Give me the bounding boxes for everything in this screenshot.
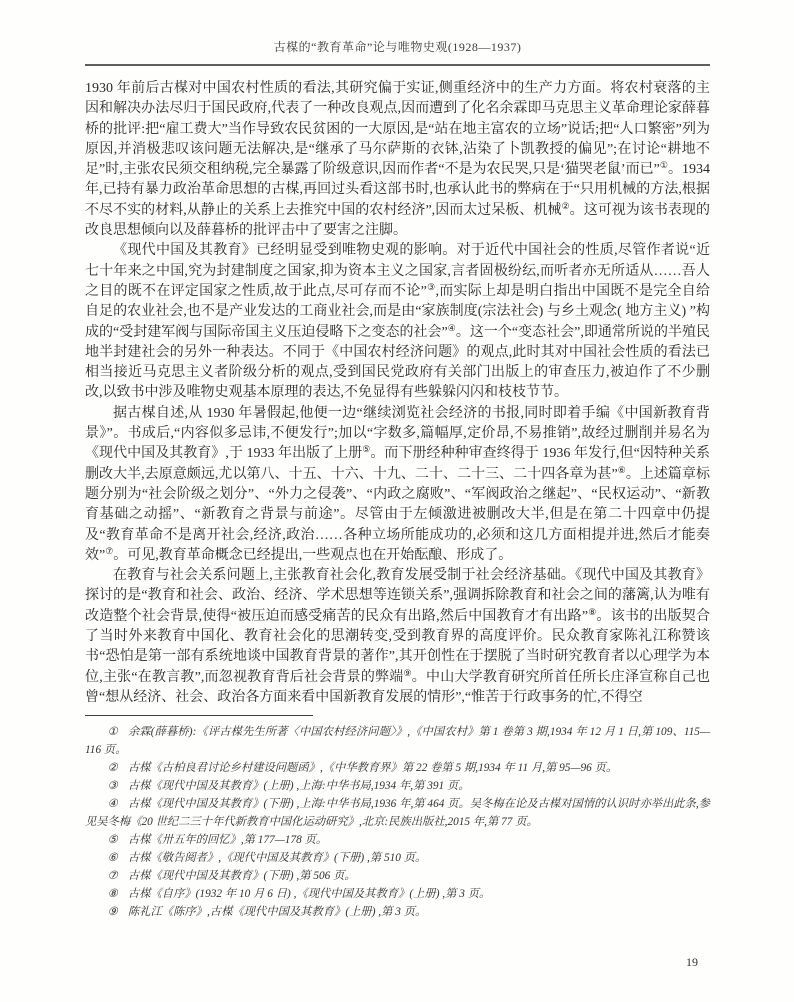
footnotes: ①余霖(薛暮桥):《评古楳先生所著〈中国农村经济问题〉》,《中国农村》第 1 卷… [85,723,710,921]
page-content: 古楳的“教育革命”论与唯物史观(1928—1937) 1930 年前后古楳对中国… [85,38,710,921]
footnote-marker: ⑨ [108,906,118,918]
footnote-marker: ⑥ [108,852,118,864]
paragraph: 1930 年前后古楳对中国农村性质的看法,其研究偏于实证,侧重经济中的生产力方面… [85,79,710,241]
footnote-ref: ② [562,201,570,211]
footnote-marker: ④ [108,798,118,810]
footnote-item: ⑤古楳《卅五年的回忆》,第 177—178 页。 [85,831,710,849]
running-header-title: 古楳的“教育革命”论与唯物史观(1928—1937) [85,38,710,55]
footnote-text: 古楳《现代中国及其教育》(下册) ,上海:中华书局,1936 年,第 464 页… [85,798,710,828]
footnote-text: 古楳《卅五年的回忆》,第 177—178 页。 [128,834,327,846]
paragraph: 据古楳自述,从 1930 年暑假起,他便一边“继续浏览社会经济的书报,同时即着手… [85,404,710,566]
footnote-text: 古楳《现代中国及其教育》(下册) ,第 506 页。 [128,870,356,882]
footnote-item: ③古楳《现代中国及其教育》(上册) ,上海:中华书局,1934 年,第 391 … [85,777,710,795]
footnote-marker: ⑧ [108,888,118,900]
footnote-ref: ④ [448,323,456,333]
footnote-ref: ⑦ [105,546,113,556]
body-text: 1930 年前后古楳对中国农村性质的看法,其研究偏于实证,侧重经济中的生产力方面… [85,79,710,708]
footnote-item: ⑨陈礼江《陈序》,古楳《现代中国及其教育》(上册) ,第 3 页。 [85,903,710,921]
footnote-item: ①余霖(薛暮桥):《评古楳先生所著〈中国农村经济问题〉》,《中国农村》第 1 卷… [85,723,710,759]
footnote-marker: ⑤ [108,834,118,846]
footnote-ref: ⑧ [588,607,596,617]
footnote-ref: ③ [427,282,436,292]
footnote-marker: ⑦ [108,870,118,882]
footnote-marker: ② [108,762,118,774]
footnote-item: ②古楳《古柏良君讨论乡村建设问题函》,《中华教育界》第 22 卷第 5 期,19… [85,759,710,777]
footnote-text: 古楳《自序》(1932 年 10 月 6 日) ,《现代中国及其教育》(上册) … [128,888,490,900]
footnote-item: ⑦古楳《现代中国及其教育》(下册) ,第 506 页。 [85,867,710,885]
header-rule [85,64,710,66]
footnote-separator [85,715,313,716]
footnote-text: 古楳《古柏良君讨论乡村建设问题函》,《中华教育界》第 22 卷第 5 期,193… [128,762,617,774]
footnote-item: ④古楳《现代中国及其教育》(下册) ,上海:中华书局,1936 年,第 464 … [85,795,710,831]
paragraph: 《现代中国及其教育》已经明显受到唯物史观的影响。对于近代中国社会的性质,尽管作者… [85,241,710,403]
footnote-marker: ① [108,726,118,738]
footnote-marker: ③ [108,780,118,792]
footnote-text: 陈礼江《陈序》,古楳《现代中国及其教育》(上册) ,第 3 页。 [128,906,426,918]
book-page: 古楳的“教育革命”论与唯物史观(1928—1937) 1930 年前后古楳对中国… [0,0,794,1002]
footnote-text: 古楳《敬告阅者》,《现代中国及其教育》(下册) ,第 510 页。 [128,852,426,864]
paragraph: 在教育与社会关系问题上,主张教育社会化,教育发展受制于社会经济基础。《现代中国及… [85,566,710,708]
footnote-ref: ⑤ [362,444,370,454]
footnote-ref: ① [660,160,668,170]
footnote-ref: ⑥ [618,465,626,475]
page-number: 19 [686,955,698,970]
footnote-item: ⑧古楳《自序》(1932 年 10 月 6 日) ,《现代中国及其教育》(上册)… [85,885,710,903]
footnote-item: ⑥古楳《敬告阅者》,《现代中国及其教育》(下册) ,第 510 页。 [85,849,710,867]
footnote-ref: ⑨ [404,668,412,678]
footnote-text: 古楳《现代中国及其教育》(上册) ,上海:中华书局,1934 年,第 391 页… [128,780,470,792]
footnote-text: 余霖(薛暮桥):《评古楳先生所著〈中国农村经济问题〉》,《中国农村》第 1 卷第… [85,726,710,756]
